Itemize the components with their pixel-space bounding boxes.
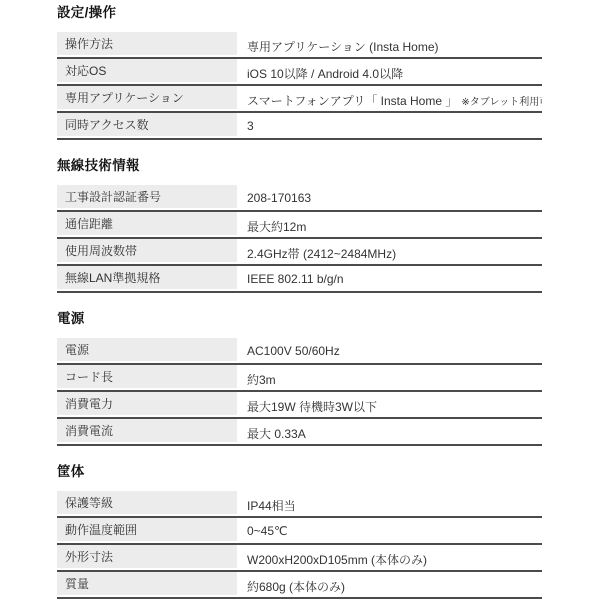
- spec-row: 電源 AC100V 50/60Hz: [57, 338, 542, 365]
- spec-row: 工事設計認証番号 208-170163: [57, 185, 542, 212]
- spec-row-label: 同時アクセス数: [57, 113, 237, 138]
- spec-row-label: 動作温度範囲: [57, 518, 237, 543]
- spec-row-label: 質量: [57, 572, 237, 597]
- spec-row-value: W200xH200xD105mm (本体のみ): [237, 545, 542, 570]
- spec-row-label: 通信距離: [57, 212, 237, 237]
- spec-row: 質量 約680g (本体のみ): [57, 572, 542, 599]
- spec-row: 消費電流 最大 0.33A: [57, 419, 542, 446]
- spec-row-label: 無線LAN準拠規格: [57, 266, 237, 291]
- spec-row-value: 専用アプリケーション (Insta Home): [237, 32, 542, 57]
- spec-table: 保護等級 IP44相当 動作温度範囲 0~45℃ 外形寸法 W200xH200x…: [57, 491, 542, 599]
- spec-row-value: AC100V 50/60Hz: [237, 338, 542, 363]
- spec-row-value: 2.4GHz帯 (2412~2484MHz): [237, 239, 542, 264]
- spec-row: 無線LAN準拠規格 IEEE 802.11 b/g/n: [57, 266, 542, 293]
- spec-row-value: IP44相当: [237, 491, 542, 516]
- spec-row-value: 約680g (本体のみ): [237, 572, 542, 597]
- spec-row-label: 専用アプリケーション: [57, 86, 237, 111]
- spec-row-value: スマートフォンアプリ「 Insta Home 」 ※タブレット利用可: [237, 86, 542, 111]
- spec-row-value: IEEE 802.11 b/g/n: [237, 266, 542, 291]
- spec-row-value: 208-170163: [237, 185, 542, 210]
- spec-row-value: 最大約12m: [237, 212, 542, 237]
- spec-table: 工事設計認証番号 208-170163 通信距離 最大約12m 使用周波数帯 2…: [57, 185, 542, 293]
- spec-row-label: 外形寸法: [57, 545, 237, 570]
- spec-row: 消費電力 最大19W 待機時3W以下: [57, 392, 542, 419]
- spec-row: 使用周波数帯 2.4GHz帯 (2412~2484MHz): [57, 239, 542, 266]
- section-settings-operation: 設定/操作 操作方法 専用アプリケーション (Insta Home) 対応OS …: [57, 4, 542, 140]
- spec-row-value: 約3m: [237, 365, 542, 390]
- spec-row-value: iOS 10以降 / Android 4.0以降: [237, 59, 542, 84]
- spec-row: 外形寸法 W200xH200xD105mm (本体のみ): [57, 545, 542, 572]
- spec-row-label: コード長: [57, 365, 237, 390]
- spec-row-label: 使用周波数帯: [57, 239, 237, 264]
- spec-row: コード長 約3m: [57, 365, 542, 392]
- spec-row-label: 保護等級: [57, 491, 237, 516]
- spec-row: 保護等級 IP44相当: [57, 491, 542, 518]
- spec-row-label: 操作方法: [57, 32, 237, 57]
- spec-page: 設定/操作 操作方法 専用アプリケーション (Insta Home) 対応OS …: [0, 0, 600, 599]
- spec-row-value: 最大 0.33A: [237, 419, 542, 444]
- section-title: 電源: [57, 310, 542, 327]
- spec-row: 同時アクセス数 3: [57, 113, 542, 140]
- spec-row: 対応OS iOS 10以降 / Android 4.0以降: [57, 59, 542, 86]
- spec-row: 操作方法 専用アプリケーション (Insta Home): [57, 32, 542, 59]
- spec-row-label: 工事設計認証番号: [57, 185, 237, 210]
- spec-row: 専用アプリケーション スマートフォンアプリ「 Insta Home 」 ※タブレ…: [57, 86, 542, 113]
- spec-row-value: 3: [237, 113, 542, 138]
- spec-row-note: ※タブレット利用可: [461, 93, 542, 108]
- spec-row-label: 対応OS: [57, 59, 237, 84]
- spec-table: 操作方法 専用アプリケーション (Insta Home) 対応OS iOS 10…: [57, 32, 542, 140]
- section-title: 無線技術情報: [57, 157, 542, 174]
- spec-row-value: 最大19W 待機時3W以下: [237, 392, 542, 417]
- spec-row-label: 消費電力: [57, 392, 237, 417]
- spec-row-value: 0~45℃: [237, 518, 542, 543]
- section-title: 設定/操作: [57, 4, 542, 21]
- section-power: 電源 電源 AC100V 50/60Hz コード長 約3m 消費電力 最大19W…: [57, 310, 542, 446]
- spec-row: 通信距離 最大約12m: [57, 212, 542, 239]
- spec-table: 電源 AC100V 50/60Hz コード長 約3m 消費電力 最大19W 待機…: [57, 338, 542, 446]
- section-enclosure: 筐体 保護等級 IP44相当 動作温度範囲 0~45℃ 外形寸法 W200xH2…: [57, 463, 542, 599]
- section-title: 筐体: [57, 463, 542, 480]
- section-wireless-info: 無線技術情報 工事設計認証番号 208-170163 通信距離 最大約12m 使…: [57, 157, 542, 293]
- spec-row-value-text: スマートフォンアプリ「 Insta Home 」: [247, 92, 457, 109]
- spec-row-label: 消費電流: [57, 419, 237, 444]
- spec-row: 動作温度範囲 0~45℃: [57, 518, 542, 545]
- spec-row-label: 電源: [57, 338, 237, 363]
